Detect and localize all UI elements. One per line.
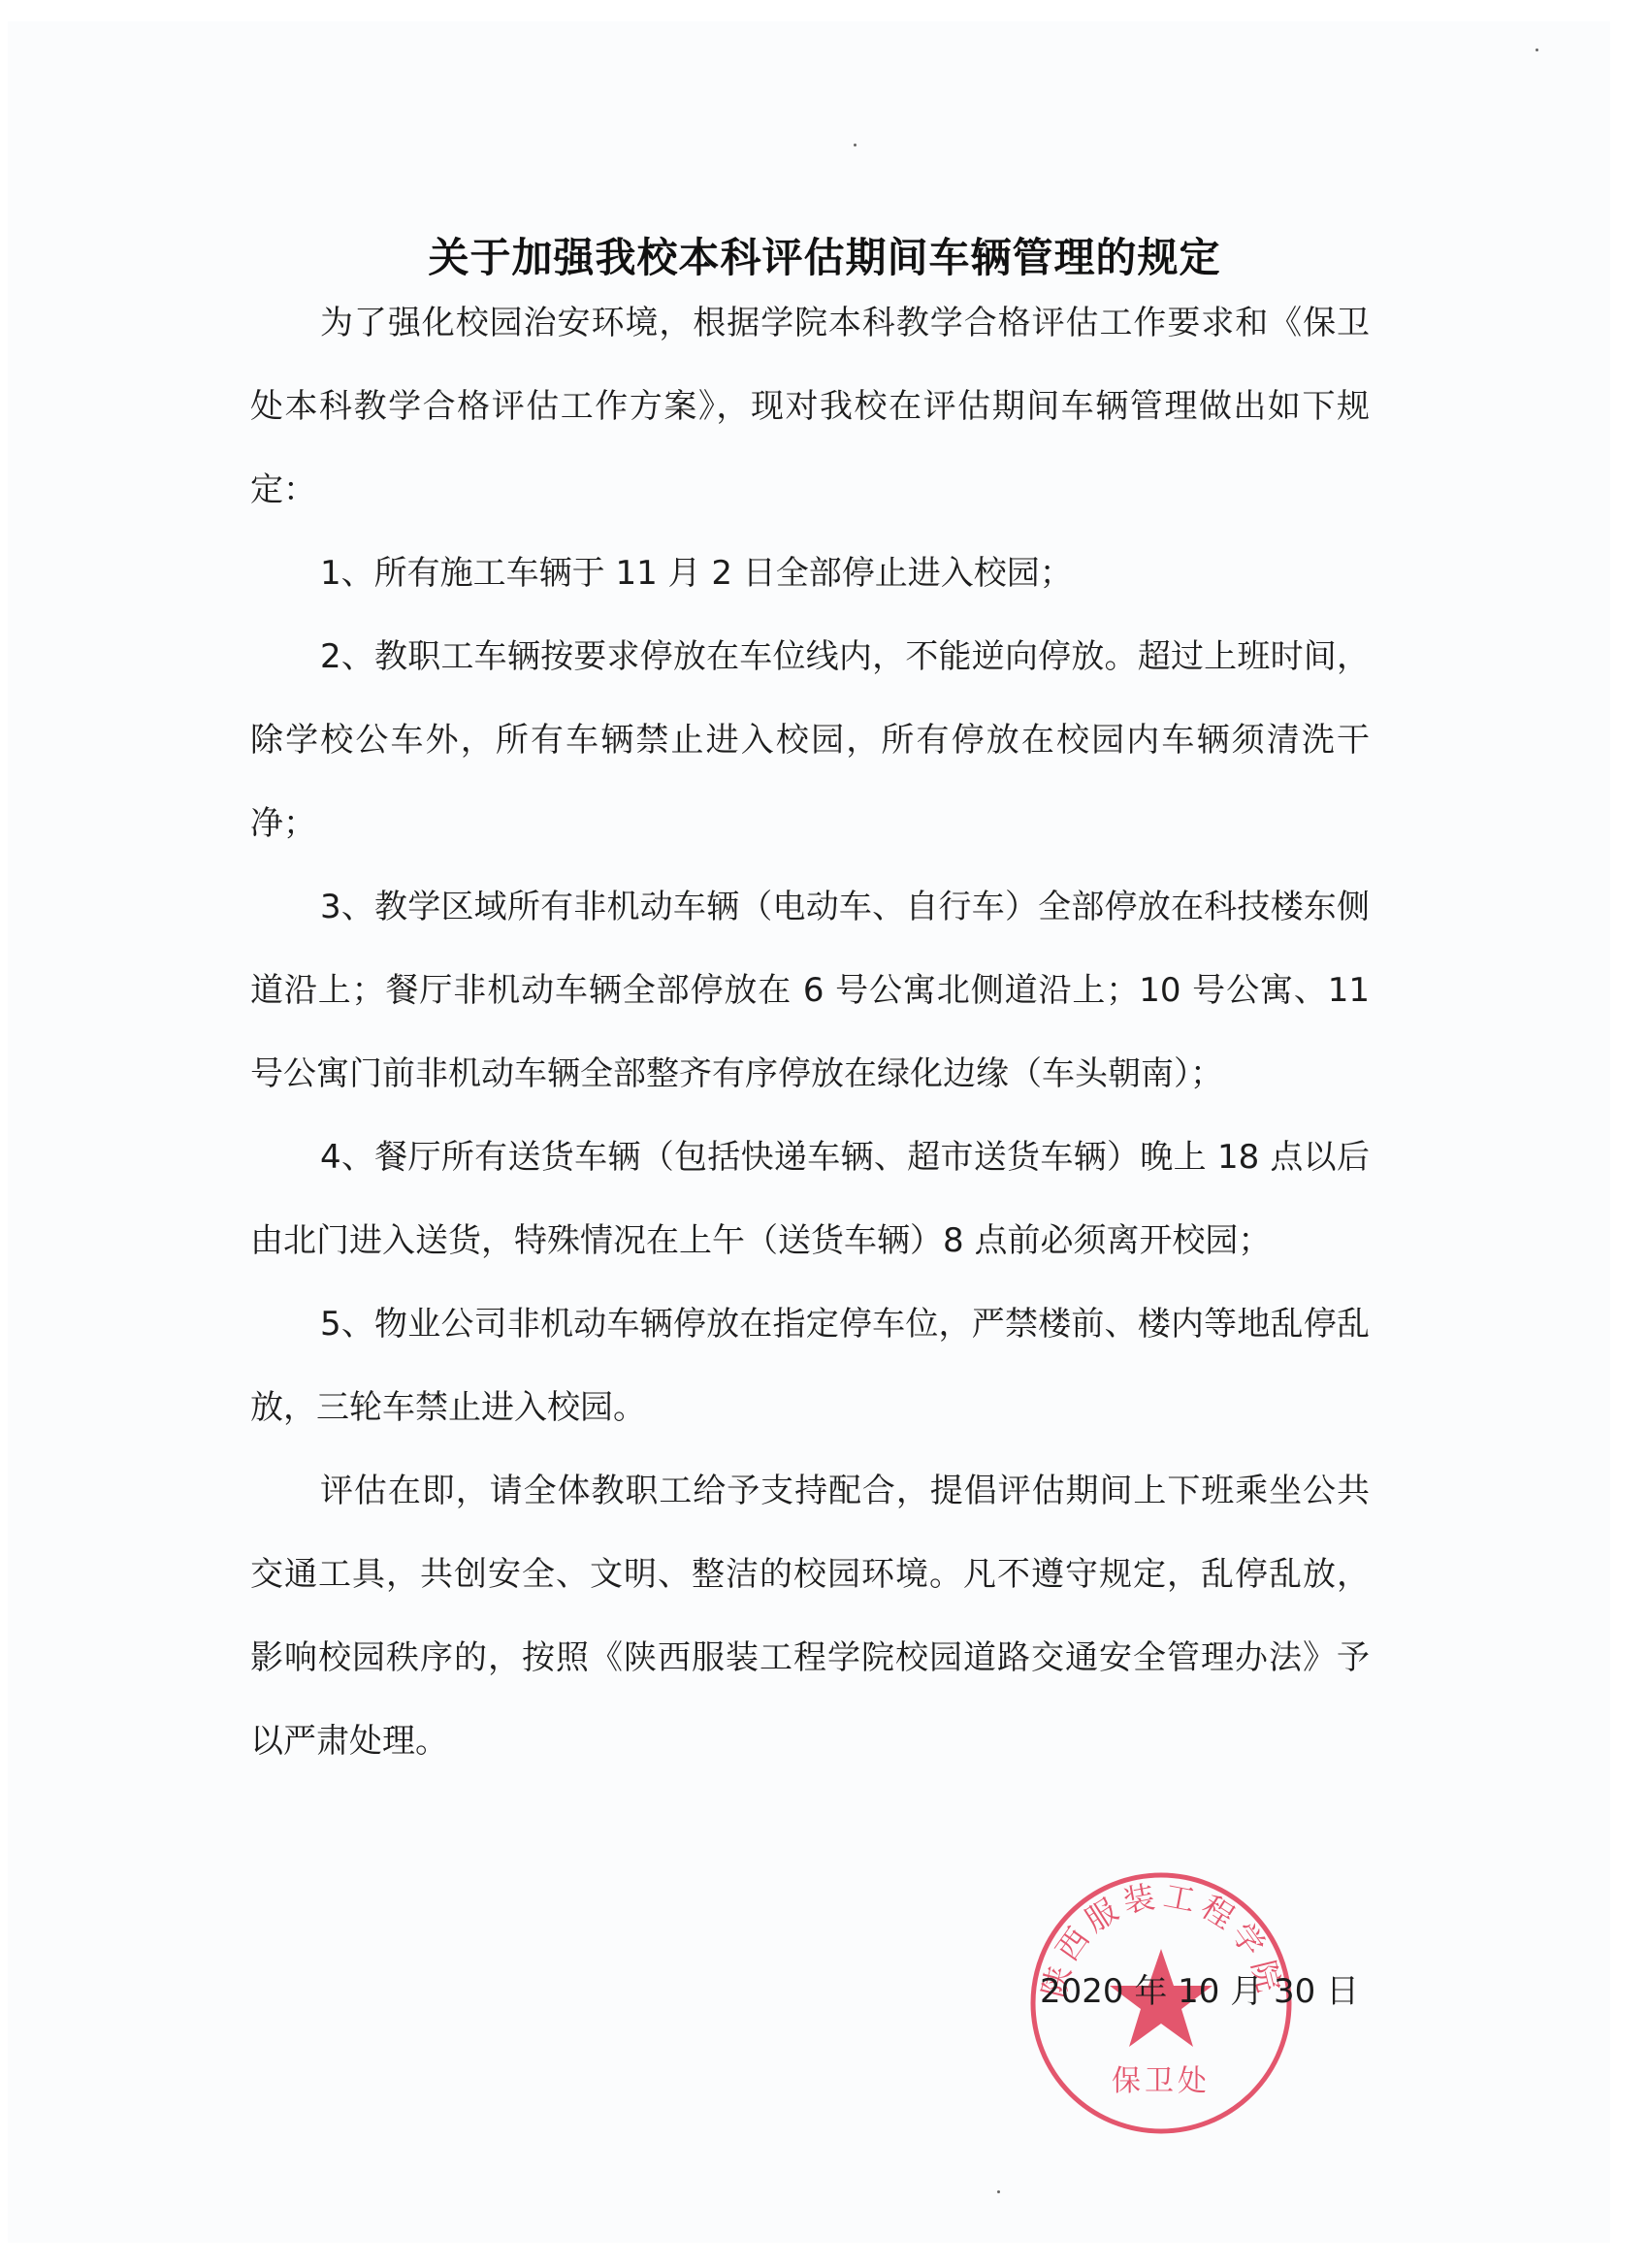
- rule-item-3: 3、教学区域所有非机动车辆（电动车、自行车）全部停放在科技楼东侧道沿上；餐厅非机…: [250, 865, 1370, 1116]
- rule-item-1: 1、所有施工车辆于 11 月 2 日全部停止进入校园；: [250, 532, 1370, 615]
- intro-paragraph: 为了强化校园治安环境，根据学院本科教学合格评估工作要求和《保卫处本科教学合格评估…: [250, 281, 1370, 532]
- document-date: 2020 年 10 月 30 日: [1040, 1967, 1359, 2016]
- rule-item-5: 5、物业公司非机动车辆停放在指定停车位，严禁楼前、楼内等地乱停乱放，三轮车禁止进…: [250, 1282, 1370, 1449]
- scan-speck: [1536, 49, 1538, 51]
- scan-speck: [997, 2190, 1000, 2193]
- rule-item-4: 4、餐厅所有送货车辆（包括快递车辆、超市送货车辆）晚上 18 点以后由北门进入送…: [250, 1116, 1370, 1282]
- rule-item-2: 2、教职工车辆按要求停放在车位线内，不能逆向停放。超过上班时间，除学校公车外，所…: [250, 615, 1370, 865]
- document-body: 为了强化校园治安环境，根据学院本科教学合格评估工作要求和《保卫处本科教学合格评估…: [250, 281, 1370, 1783]
- scan-speck: [854, 144, 857, 146]
- seal-bottom-text: 保卫处: [1112, 2064, 1211, 2098]
- closing-paragraph: 评估在即，请全体教职工给予支持配合，提倡评估期间上下班乘坐公共交通工具，共创安全…: [250, 1449, 1370, 1783]
- document-title: 关于加强我校本科评估期间车辆管理的规定: [0, 231, 1649, 285]
